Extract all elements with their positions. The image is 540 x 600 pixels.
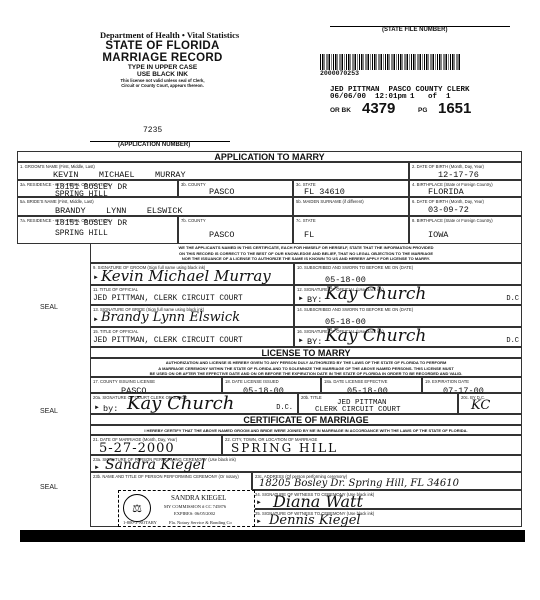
barcode-number: 2000070253 bbox=[320, 70, 359, 77]
witness-2-field[interactable]: 25. SIGNATURE OF WITNESS TO CEREMONY (Us… bbox=[252, 509, 522, 527]
arrow-icon: ► bbox=[94, 405, 100, 411]
marriage-location-field[interactable]: 22. CITY, TOWN, OR LOCATION OF MARRIAGE … bbox=[222, 435, 522, 455]
arrow-icon: ► bbox=[93, 317, 99, 323]
arrow-icon: ► bbox=[94, 465, 100, 471]
notary-company: Fla. Notary Service & Bonding Co bbox=[169, 520, 232, 525]
official-signature-12: Kay Church bbox=[325, 284, 426, 304]
title-official-15-label: 15. TITLE OF OFFICIAL bbox=[93, 329, 138, 334]
bride-birthplace-field[interactable]: 8. BIRTHPLACE (State or Foreign Country)… bbox=[409, 216, 522, 244]
notary-name: SANDRA KIEGEL bbox=[171, 494, 226, 502]
notary-stamp: ⚖ SANDRA KIEGEL MY COMMISSION # CC 74587… bbox=[118, 490, 255, 527]
sworn-date-10-label: 10. SUBSCRIBED AND SWORN TO BEFORE ME ON… bbox=[297, 265, 413, 270]
groom-dob-value: 12-17-76 bbox=[438, 170, 479, 180]
bride-state-label: 7c. STATE bbox=[296, 218, 316, 223]
by-dc-initials: KC bbox=[471, 398, 490, 413]
pg-value: 1651 bbox=[438, 100, 471, 117]
title-record: MARRIAGE RECORD bbox=[100, 52, 225, 64]
clerk-signature-field[interactable]: 20a. SIGNATURE OF COURT CLERK OR JUDGE ►… bbox=[90, 393, 298, 414]
arrow-icon: ► bbox=[298, 338, 304, 344]
notary-phone: 1-800-3-NOTARY bbox=[123, 520, 157, 525]
state-file-number-label: (STATE FILE NUMBER) bbox=[382, 27, 447, 33]
groom-name-value: KEVIN MICHAEL MURRAY bbox=[53, 170, 186, 180]
seal-label-3: SEAL bbox=[40, 484, 58, 491]
groom-state-value: FL 34610 bbox=[304, 187, 345, 197]
license-section-header: LICENSE TO MARRY bbox=[90, 347, 522, 358]
title-official-11-value: JED PITTMAN, CLERK CIRCUIT COURT bbox=[93, 295, 243, 303]
instruction-black-ink: USE BLACK INK bbox=[100, 71, 225, 78]
bride-state-field[interactable]: 7c. STATE FL bbox=[293, 216, 409, 244]
bottom-black-bar bbox=[20, 530, 525, 542]
groom-county-field[interactable]: 3b. COUNTY PASCO bbox=[178, 180, 293, 197]
bride-signature-field[interactable]: 13. SIGNATURE OF BRIDE (Sign full name u… bbox=[90, 305, 294, 327]
groom-signature: Kevin Michael Murray bbox=[101, 267, 271, 285]
notary-commission: MY COMMISSION # CC 745876 bbox=[164, 504, 226, 509]
official-signature-16-by: BY: bbox=[307, 337, 322, 347]
bride-name-value: BRANDY LYNN ELSWICK bbox=[55, 206, 183, 216]
officiant-address-value: 18205 Bosley Dr. Spring Hill, FL 34610 bbox=[259, 478, 459, 489]
pg-label: PG bbox=[418, 107, 427, 114]
application-section-title: APPLICATION TO MARRY bbox=[18, 152, 521, 162]
bride-residence-line2: SPRING HILL bbox=[55, 229, 108, 238]
clerk-title-line2: CLERK CIRCUIT COURT bbox=[315, 406, 401, 414]
arrow-icon: ► bbox=[256, 519, 262, 525]
department-name: Department of Health • Vital Statistics bbox=[100, 30, 225, 40]
groom-county-label: 3b. COUNTY bbox=[181, 182, 206, 187]
clerk-signature: Kay Church bbox=[127, 393, 234, 414]
county-issuing-label: 17. COUNTY ISSUING LICENSE bbox=[93, 379, 155, 384]
license-section-title: LICENSE TO MARRY bbox=[91, 348, 521, 358]
application-number-label: (APPLICATION NUMBER) bbox=[118, 142, 190, 148]
groom-residence-field[interactable]: 3a. RESIDENCE - CITY, TOWN, OR LOCATION … bbox=[17, 180, 178, 197]
groom-birthplace-value: FLORIDA bbox=[428, 187, 464, 197]
or-bk-label: OR BK bbox=[330, 107, 351, 114]
date-effective-field[interactable]: 18a. DATE LICENSE EFFECTIVE 05-18-00 bbox=[321, 377, 422, 393]
bride-state-value: FL bbox=[304, 230, 314, 240]
arrow-icon: ► bbox=[298, 296, 304, 302]
title-state: STATE OF FLORIDA bbox=[100, 40, 225, 52]
groom-state-field[interactable]: 3c. STATE FL 34610 bbox=[293, 180, 409, 197]
bride-birthplace-value: IOWA bbox=[428, 230, 448, 240]
marriage-date-value: 5-27-2000 bbox=[99, 441, 175, 456]
certify-statement: I HEREBY CERTIFY THAT THE ABOVE NAMED GR… bbox=[90, 425, 522, 435]
official-signature-12-suffix: D.C bbox=[506, 295, 519, 303]
barcode bbox=[320, 54, 460, 70]
application-section-header: APPLICATION TO MARRY bbox=[17, 151, 522, 162]
bride-maiden-label: 5b. MAIDEN SURNAME (if different) bbox=[296, 199, 364, 204]
bride-birthplace-label: 8. BIRTHPLACE (State or Foreign Country) bbox=[412, 218, 493, 223]
bride-maiden-field[interactable]: 5b. MAIDEN SURNAME (if different) bbox=[293, 197, 409, 216]
by-dc-field[interactable]: 20c. BY D.C. KC bbox=[458, 393, 522, 414]
officiant-signature-field[interactable]: 23a. SIGNATURE OF PERSON PERFORMING CERE… bbox=[90, 455, 522, 472]
official-signature-16-field[interactable]: 16. SIGNATURE OF OFFICIAL (Use black ink… bbox=[294, 327, 522, 347]
bride-dob-value: 03-09-72 bbox=[428, 205, 469, 215]
sworn-date-10-field[interactable]: 10. SUBSCRIBED AND SWORN TO BEFORE ME ON… bbox=[294, 263, 522, 285]
arrow-icon: ► bbox=[93, 275, 99, 281]
bride-name-label: 5a. BRIDE'S NAME (First, Middle, Last) bbox=[20, 199, 94, 204]
groom-dob-label: 2. DATE OF BIRTH (Month, Day, Year) bbox=[412, 164, 484, 169]
officiant-signature: Sandra Kiegel bbox=[105, 457, 205, 473]
bride-dob-label: 6. DATE OF BIRTH (Month, Day, Year) bbox=[412, 199, 484, 204]
marriage-date-field[interactable]: 21. DATE OF MARRIAGE (Month, Day, Year) … bbox=[90, 435, 222, 455]
certificate-section-title: CERTIFICATE OF MARRIAGE bbox=[91, 415, 521, 425]
seal-label-2: SEAL bbox=[40, 408, 58, 415]
expiration-date-field[interactable]: 19. EXPIRATION DATE 07-17-00 bbox=[422, 377, 522, 393]
arrow-icon: ► bbox=[256, 500, 262, 506]
date-effective-label: 18a. DATE LICENSE EFFECTIVE bbox=[324, 379, 387, 384]
official-signature-16: Kay Church bbox=[325, 326, 426, 346]
instruction-uppercase: TYPE IN UPPER CASE bbox=[100, 64, 225, 71]
date-issued-field[interactable]: 18. DATE LICENSE ISSUED 05-18-00 bbox=[222, 377, 321, 393]
groom-name-label: 1. GROOM'S NAME (First, Middle, Last) bbox=[20, 164, 95, 169]
sworn-date-14-field[interactable]: 14. SUBSCRIBED AND SWORN TO BEFORE ME ON… bbox=[294, 305, 522, 327]
groom-signature-field[interactable]: 9. SIGNATURE OF GROOM (Sign full name us… bbox=[90, 263, 294, 285]
license-authorization-block: AUTHORIZATION AND LICENSE IS HEREBY GIVE… bbox=[90, 358, 522, 377]
authorization-line-3: BE USED ON OR AFTER THE EFFECTIVE DATE A… bbox=[91, 371, 521, 377]
affirmation-block: WE THE APPLICANTS NAMED IN THIS CERTIFIC… bbox=[90, 244, 522, 263]
certify-text: I HEREBY CERTIFY THAT THE ABOVE NAMED GR… bbox=[91, 428, 521, 434]
notary-expires: EXPIRES: 06/05/2002 bbox=[174, 511, 215, 516]
bride-name-field[interactable]: 5a. BRIDE'S NAME (First, Middle, Last) B… bbox=[17, 197, 293, 216]
official-signature-16-suffix: D.C bbox=[506, 337, 519, 345]
certificate-section-header: CERTIFICATE OF MARRIAGE bbox=[90, 414, 522, 425]
groom-birthplace-field[interactable]: 4. BIRTHPLACE (State or Foreign Country)… bbox=[409, 180, 522, 197]
bride-dob-field[interactable]: 6. DATE OF BIRTH (Month, Day, Year) 03-0… bbox=[409, 197, 522, 216]
bride-county-label: 7b. COUNTY bbox=[181, 218, 206, 223]
witness-1-field[interactable]: 24. SIGNATURE OF WITNESS TO CEREMONY (Us… bbox=[252, 490, 522, 509]
bride-residence-field[interactable]: 7a. RESIDENCE - CITY, TOWN, OR LOCATION … bbox=[17, 216, 178, 244]
bride-county-field[interactable]: 7b. COUNTY PASCO bbox=[178, 216, 293, 244]
affirmation-line-3: NOR THE ISSUANCE OF A LICENSE TO AUTHORI… bbox=[91, 256, 521, 262]
officiant-name-label: 23b. NAME AND TITLE OF PERSON PERFORMING… bbox=[93, 474, 239, 479]
title-official-15-value: JED PITTMAN, CLERK CIRCUIT COURT bbox=[93, 337, 243, 345]
sworn-date-14-label: 14. SUBSCRIBED AND SWORN TO BEFORE ME ON… bbox=[297, 307, 413, 312]
title-official-11-label: 11. TITLE OF OFFICIAL bbox=[93, 287, 138, 292]
witness-2-signature: Dennis Kiegel bbox=[269, 513, 361, 528]
bride-county-value: PASCO bbox=[209, 230, 235, 240]
officiant-address-field[interactable]: 23c. ADDRESS (Of person performing cerem… bbox=[252, 472, 522, 490]
clerk-signature-by: by: bbox=[103, 404, 118, 414]
notary-seal-icon: ⚖ bbox=[123, 494, 151, 522]
title-official-11-field[interactable]: 11. TITLE OF OFFICIAL JED PITTMAN, CLERK… bbox=[90, 285, 294, 305]
or-bk-value: 4379 bbox=[362, 100, 395, 117]
groom-county-value: PASCO bbox=[209, 187, 235, 197]
county-issuing-field[interactable]: 17. COUNTY ISSUING LICENSE PASCO bbox=[90, 377, 222, 393]
date-issued-label: 18. DATE LICENSE ISSUED bbox=[225, 379, 279, 384]
bride-residence-line1: 18151 BOSLEY DR bbox=[55, 219, 127, 228]
groom-name-field[interactable]: 1. GROOM'S NAME (First, Middle, Last) KE… bbox=[17, 162, 409, 180]
expiration-date-label: 19. EXPIRATION DATE bbox=[425, 379, 469, 384]
official-signature-12-field[interactable]: 12. SIGNATURE OF OFFICIAL (Use black ink… bbox=[294, 285, 522, 305]
application-number: 7235 bbox=[143, 126, 162, 135]
clerk-title-field[interactable]: 20b. TITLE JED PITTMAN CLERK CIRCUIT COU… bbox=[298, 393, 458, 414]
marriage-location-value: SPRING HILL bbox=[231, 441, 338, 455]
title-official-15-field[interactable]: 15. TITLE OF OFFICIAL JED PITTMAN, CLERK… bbox=[90, 327, 294, 347]
validity-note-2: Circuit or County Court, appears thereon… bbox=[100, 83, 225, 88]
groom-dob-field[interactable]: 2. DATE OF BIRTH (Month, Day, Year) 12-1… bbox=[409, 162, 522, 180]
seal-label-1: SEAL bbox=[40, 304, 58, 311]
official-signature-12-by: BY: bbox=[307, 295, 322, 305]
bride-signature: Brandy Lynn Elswick bbox=[101, 310, 240, 325]
clerk-signature-suffix: D.C. bbox=[276, 404, 293, 412]
clerk-title-label: 20b. TITLE bbox=[301, 395, 322, 400]
form-header: Department of Health • Vital Statistics … bbox=[100, 30, 225, 88]
